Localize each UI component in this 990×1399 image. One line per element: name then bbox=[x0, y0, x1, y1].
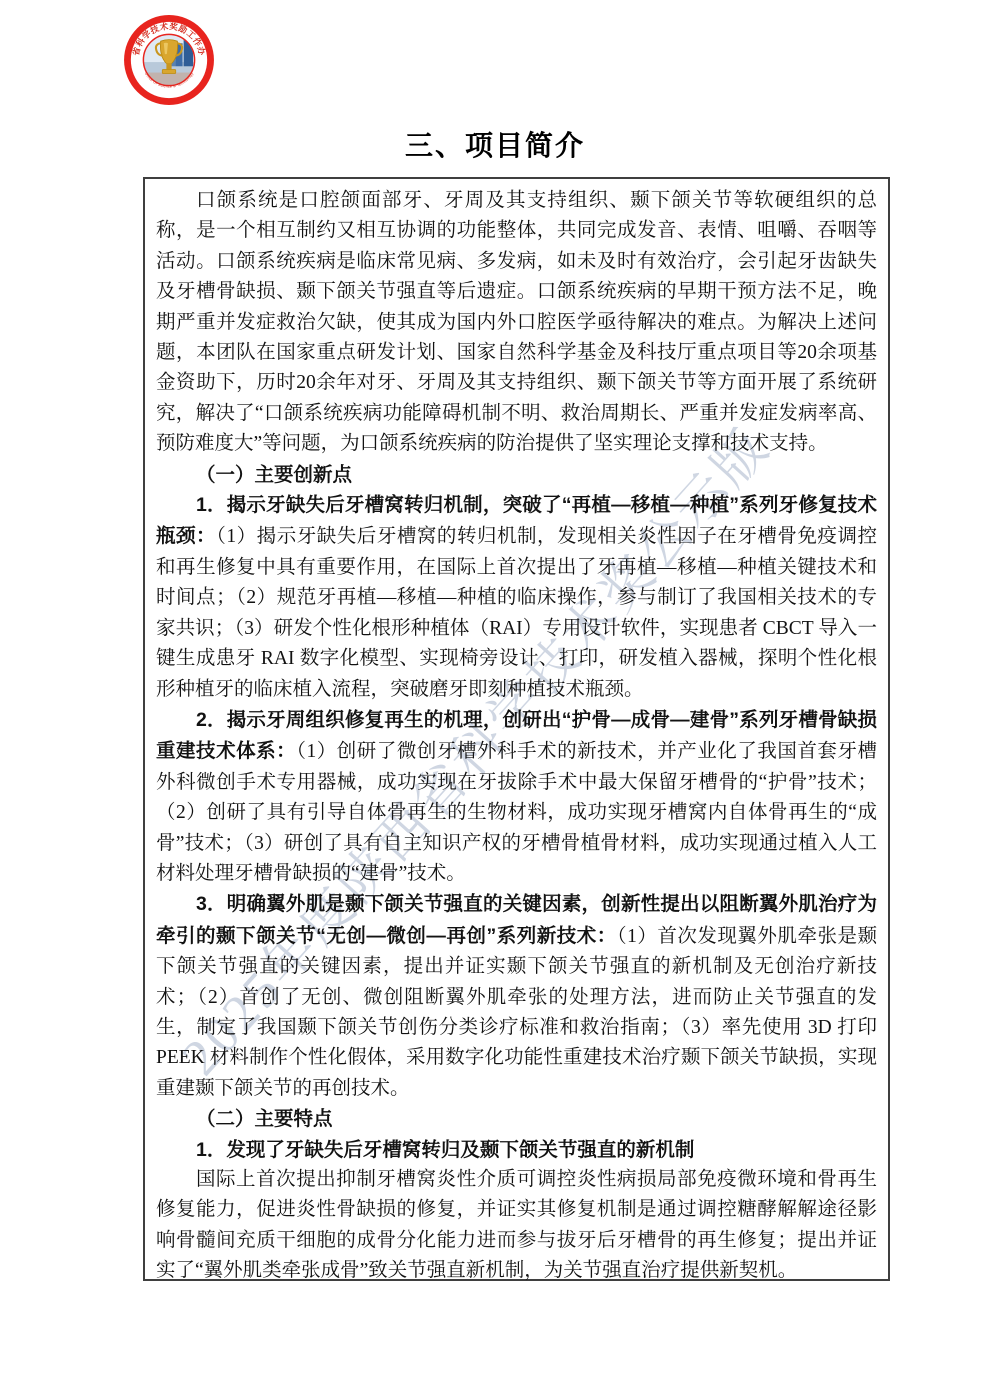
org-seal-graphic: 陕西省科学技术奖励工作办公室 Office Of Science & Techn… bbox=[123, 14, 215, 106]
document-page: 陕西省科学技术奖励工作办公室 Office Of Science & Techn… bbox=[0, 0, 990, 1399]
feature-1-paragraph: 国际上首次提出抑制牙槽窝炎性介质可调控炎性病损局部免疫微环境和骨再生修复能力，促… bbox=[156, 1165, 877, 1287]
innovation-item-3: 3．明确翼外肌是颞下颌关节强直的关键因素，创新性提出以阻断翼外肌治疗为牵引的颞下… bbox=[156, 889, 877, 1104]
innovation-item-1: 1．揭示牙缺失后牙槽窝转归机制，突破了“再植—移植—种植”系列牙修复技术瓶颈：（… bbox=[156, 490, 877, 705]
section-2-heading: （二）主要特点 bbox=[156, 1104, 877, 1134]
innovation-item-2-body: （1）创研了微创牙槽外科手术的新技术，并产业化了我国首套牙槽外科微创手术专用器械… bbox=[156, 741, 877, 884]
page-title: 三、项目简介 bbox=[0, 124, 990, 164]
section-1-heading: （一）主要创新点 bbox=[156, 460, 877, 490]
intro-paragraph: 口颌系统是口腔颌面部牙、牙周及其支持组织、颞下颌关节等软硬组织的总称，是一个相互… bbox=[156, 186, 877, 460]
feature-1-heading: 1．发现了牙缺失后牙槽窝转归及颞下颌关节强直的新机制 bbox=[156, 1135, 877, 1165]
org-seal-logo: 陕西省科学技术奖励工作办公室 Office Of Science & Techn… bbox=[123, 14, 215, 106]
innovation-item-2: 2．揭示牙周组织修复再生的机理，创研出“护骨—成骨—建骨”系列牙槽骨缺损重建技术… bbox=[156, 705, 877, 889]
innovation-item-1-body: （1）揭示牙缺失后牙槽窝的转归机制，发现相关炎性因子在牙槽骨免疫调控和再生修复中… bbox=[156, 526, 877, 699]
content-border-box: 口颌系统是口腔颌面部牙、牙周及其支持组织、颞下颌关节等软硬组织的总称，是一个相互… bbox=[143, 177, 890, 1281]
innovation-item-3-body: （1）首次发现翼外肌牵张是颞下颌关节强直的关键因素，提出并证实颞下颌关节强直的新… bbox=[156, 926, 877, 1099]
